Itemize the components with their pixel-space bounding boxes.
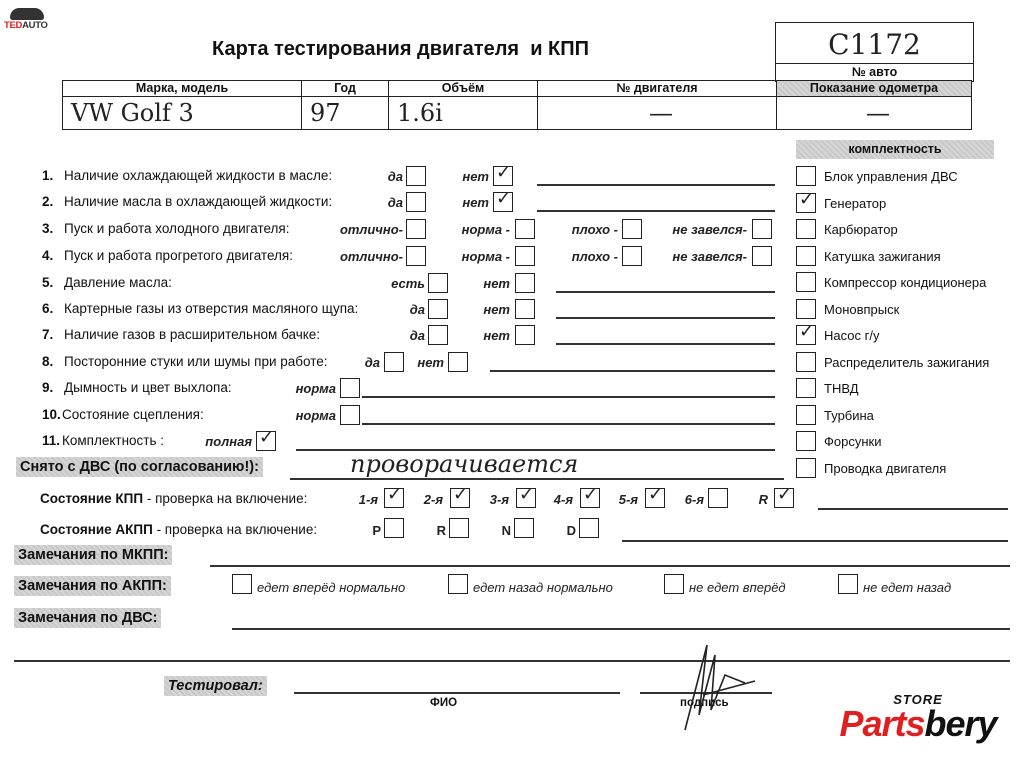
name-caption: ФИО [430,697,457,709]
check-number: 8. [42,354,53,369]
option-label: отлично- [340,222,403,237]
remarks-mkpp-label: Замечания по МКПП: [14,545,172,565]
remarks-dvs-line[interactable] [232,628,1010,630]
option-checkbox[interactable] [515,325,535,345]
check-mark-icon: ✓ [259,428,274,448]
column-volume: Объём [389,81,538,97]
value-make-model[interactable]: VW Golf 3 [63,97,302,130]
removed-label: Снято с ДВС (по согласованию!): [16,457,263,477]
position-checkbox[interactable] [579,518,599,538]
completeness-checkbox[interactable] [796,246,816,266]
option-label: нет [462,169,489,184]
option-checkbox[interactable]: ✓ [493,192,513,212]
completeness-item-label: Турбина [824,408,874,423]
comment-line[interactable] [556,291,775,293]
completeness-item-label: Моновпрыск [824,302,899,317]
option-checkbox[interactable] [384,352,404,372]
option-checkbox[interactable]: ✓ [493,166,513,186]
position-checkbox[interactable] [514,518,534,538]
check-label: Дымность и цвет выхлопа: [64,380,232,395]
completeness-checkbox[interactable] [796,352,816,372]
option-label: плохо - [572,222,618,237]
completeness-item-label: Компрессор кондиционера [824,275,986,290]
option-checkbox[interactable] [622,219,642,239]
value-odometer[interactable]: — [777,97,972,130]
option-checkbox[interactable] [515,273,535,293]
value-engine-number[interactable]: — [538,97,777,130]
gear-label: 3-я [490,492,509,507]
completeness-item-label: ТНВД [824,381,859,396]
gear-label: 4-я [554,492,573,507]
gear-checkbox[interactable]: ✓ [516,488,536,508]
check-label: Комплектность : [62,433,164,448]
completeness-item-label: Проводка двигателя [824,461,946,476]
completeness-item-label: Распределитель зажигания [824,355,989,370]
check-mark-icon: ✓ [496,163,511,183]
check-number: 2. [42,194,53,209]
check-mark-icon: ✓ [777,485,792,505]
option-checkbox[interactable] [752,246,772,266]
comment-line[interactable] [362,423,775,425]
logo-bery-text: bery [925,703,997,744]
car-number-box: C1172 № авто [775,22,974,82]
option-label: отлично- [340,249,403,264]
gear-checkbox[interactable]: ✓ [450,488,470,508]
check-label: Картерные газы из отверстия масляного щу… [64,301,358,316]
comment-line[interactable] [362,396,775,398]
completeness-checkbox[interactable] [796,299,816,319]
completeness-checkbox[interactable] [796,219,816,239]
car-number-label: № авто [776,63,973,80]
manual-gearbox-label: Состояние КПП - проверка на включение: [40,491,307,506]
comment-line[interactable] [556,317,775,319]
gear-checkbox[interactable]: ✓ [384,488,404,508]
check-mark-icon: ✓ [496,189,511,209]
logo-red-text: TED [4,20,22,31]
check-label: Наличие охлаждающей жидкости в масле: [64,168,332,183]
completeness-item-label: Насос г/у [824,328,879,343]
option-checkbox[interactable] [622,246,642,266]
position-label: D [567,523,576,538]
option-checkbox[interactable] [340,405,360,425]
comment-line[interactable] [490,370,775,372]
position-checkbox[interactable] [384,518,404,538]
option-checkbox[interactable] [448,352,468,372]
check-number: 1. [42,168,53,183]
partsbery-logo: STORE Partsbery [832,692,1004,741]
completeness-item-label: Генератор [824,196,886,211]
auto-gearbox-desc: - проверка на включение: [153,522,317,537]
check-mark-icon: ✓ [799,190,814,210]
signature-scribble [655,635,765,735]
check-number: 10. [42,407,61,422]
logo-parts-text: Parts [839,703,924,744]
option-label: нет [462,195,489,210]
check-number: 5. [42,275,53,290]
option-label: норма - [462,249,510,264]
option-checkbox[interactable] [515,219,535,239]
completeness-checkbox[interactable] [796,431,816,451]
removed-underline [290,478,784,480]
option-checkbox[interactable] [428,299,448,319]
position-label: N [502,523,511,538]
removed-value[interactable]: проворачивается [350,450,578,478]
completeness-header: комплектность [796,140,994,159]
remarks-akpp-label: Замечания по АКПП: [14,576,171,596]
akpp-remark-label: не едет вперёд [689,580,786,595]
remarks-dvs-label: Замечания по ДВС: [14,608,161,628]
comment-line[interactable] [537,184,775,186]
check-mark-icon: ✓ [799,322,814,342]
name-line[interactable] [294,692,620,694]
check-number: 4. [42,248,53,263]
check-label: Пуск и работа прогретого двигателя: [64,248,293,263]
akpp-remark-checkbox[interactable] [664,574,684,594]
check-mark-icon: ✓ [387,485,402,505]
option-label: норма [296,381,336,396]
option-label: есть [391,276,425,291]
vehicle-info-table: Марка, модель Год Объём № двигателя Пока… [62,80,972,130]
check-number: 7. [42,327,53,342]
option-checkbox[interactable] [340,378,360,398]
completeness-checkbox[interactable]: ✓ [796,325,816,345]
completeness-checkbox[interactable] [796,378,816,398]
auto-gearbox-title: Состояние АКПП [40,522,153,537]
comment-line[interactable] [537,210,775,212]
column-make-model: Марка, модель [63,81,302,97]
option-checkbox[interactable] [406,246,426,266]
position-label: R [437,523,446,538]
logo-dark-text: AUTO [22,20,48,31]
option-label: нет [483,302,510,317]
gear-checkbox[interactable]: ✓ [774,488,794,508]
option-label: да [388,195,403,210]
check-label: Давление масла: [64,275,172,290]
check-mark-icon: ✓ [648,485,663,505]
gear-checkbox[interactable]: ✓ [580,488,600,508]
akpp-remark-label: едет вперёд нормально [257,580,405,595]
page-title: Карта тестирования двигателя и КПП [212,38,589,61]
option-checkbox[interactable] [428,273,448,293]
option-label: нет [483,328,510,343]
gear-checkbox[interactable] [708,488,728,508]
column-year: Год [302,81,389,97]
option-label: да [410,302,425,317]
comment-line[interactable] [556,343,775,345]
column-engine-number: № двигателя [538,81,777,97]
option-checkbox[interactable] [515,299,535,319]
akpp-remark-label: едет назад нормально [473,580,613,595]
option-checkbox[interactable] [515,246,535,266]
column-odometer: Показание одометра [777,81,972,97]
position-checkbox[interactable] [449,518,469,538]
option-checkbox[interactable] [428,325,448,345]
remarks-mkpp-line[interactable] [210,565,1010,567]
completeness-checkbox[interactable] [796,272,816,292]
check-mark-icon: ✓ [453,485,468,505]
gear-label: 5-я [619,492,638,507]
gear-label: 6-я [685,492,704,507]
gear-checkbox[interactable]: ✓ [645,488,665,508]
completeness-checkbox[interactable]: ✓ [796,193,816,213]
option-label: плохо - [572,249,618,264]
positions-underline [622,540,1008,542]
check-mark-icon: ✓ [583,485,598,505]
option-label: полная [205,434,252,449]
option-checkbox[interactable] [406,219,426,239]
manual-gearbox-desc: - проверка на включение: [143,491,307,506]
auto-gearbox-label: Состояние АКПП - проверка на включение: [40,522,317,537]
completeness-checkbox[interactable] [796,166,816,186]
akpp-remark-checkbox[interactable] [448,574,468,594]
tested-by-label: Тестировал: [164,676,267,696]
value-volume[interactable]: 1.6i [389,97,538,130]
extra-remark-line[interactable] [14,660,1010,662]
option-label: норма [296,408,336,423]
akpp-remark-checkbox[interactable] [232,574,252,594]
completeness-item-label: Блок управления ДВС [824,169,958,184]
completeness-checkbox[interactable] [796,458,816,478]
check-number: 9. [42,380,53,395]
check-label: Наличие масла в охлаждающей жидкости: [64,194,332,209]
completeness-item-label: Карбюратор [824,222,898,237]
option-label: не завелся- [672,222,747,237]
akpp-remark-checkbox[interactable] [838,574,858,594]
completeness-item-label: Форсунки [824,434,881,449]
option-label: не завелся- [672,249,747,264]
check-number: 6. [42,301,53,316]
check-number: 3. [42,221,53,236]
gear-label: 2-я [424,492,443,507]
gear-label: 1-я [359,492,378,507]
check-number: 11. [42,433,60,448]
option-checkbox[interactable] [406,166,426,186]
value-year[interactable]: 97 [302,97,389,130]
akpp-remark-label: не едет назад [863,580,951,595]
check-mark-icon: ✓ [519,485,534,505]
gears-underline [818,508,1008,510]
car-icon [10,8,44,20]
gear-label: R [759,492,768,507]
check-label: Посторонние стуки или шумы при работе: [64,354,328,369]
check-label: Пуск и работа холодного двигателя: [64,221,290,236]
check-label: Состояние сцепления: [62,407,204,422]
option-label: норма - [462,222,510,237]
option-checkbox[interactable]: ✓ [256,431,276,451]
option-label: нет [483,276,510,291]
option-label: да [388,169,403,184]
option-label: нет [417,355,444,370]
option-label: да [365,355,380,370]
check-label: Наличие газов в расширительном бачке: [64,327,320,342]
option-checkbox[interactable] [406,192,426,212]
completeness-item-label: Катушка зажигания [824,249,941,264]
position-label: P [372,523,381,538]
option-label: да [410,328,425,343]
car-number-value: C1172 [776,23,973,63]
completeness-checkbox[interactable] [796,405,816,425]
manual-gearbox-title: Состояние КПП [40,491,143,506]
tedauto-logo: TEDAUTO [4,8,50,31]
option-checkbox[interactable] [752,219,772,239]
